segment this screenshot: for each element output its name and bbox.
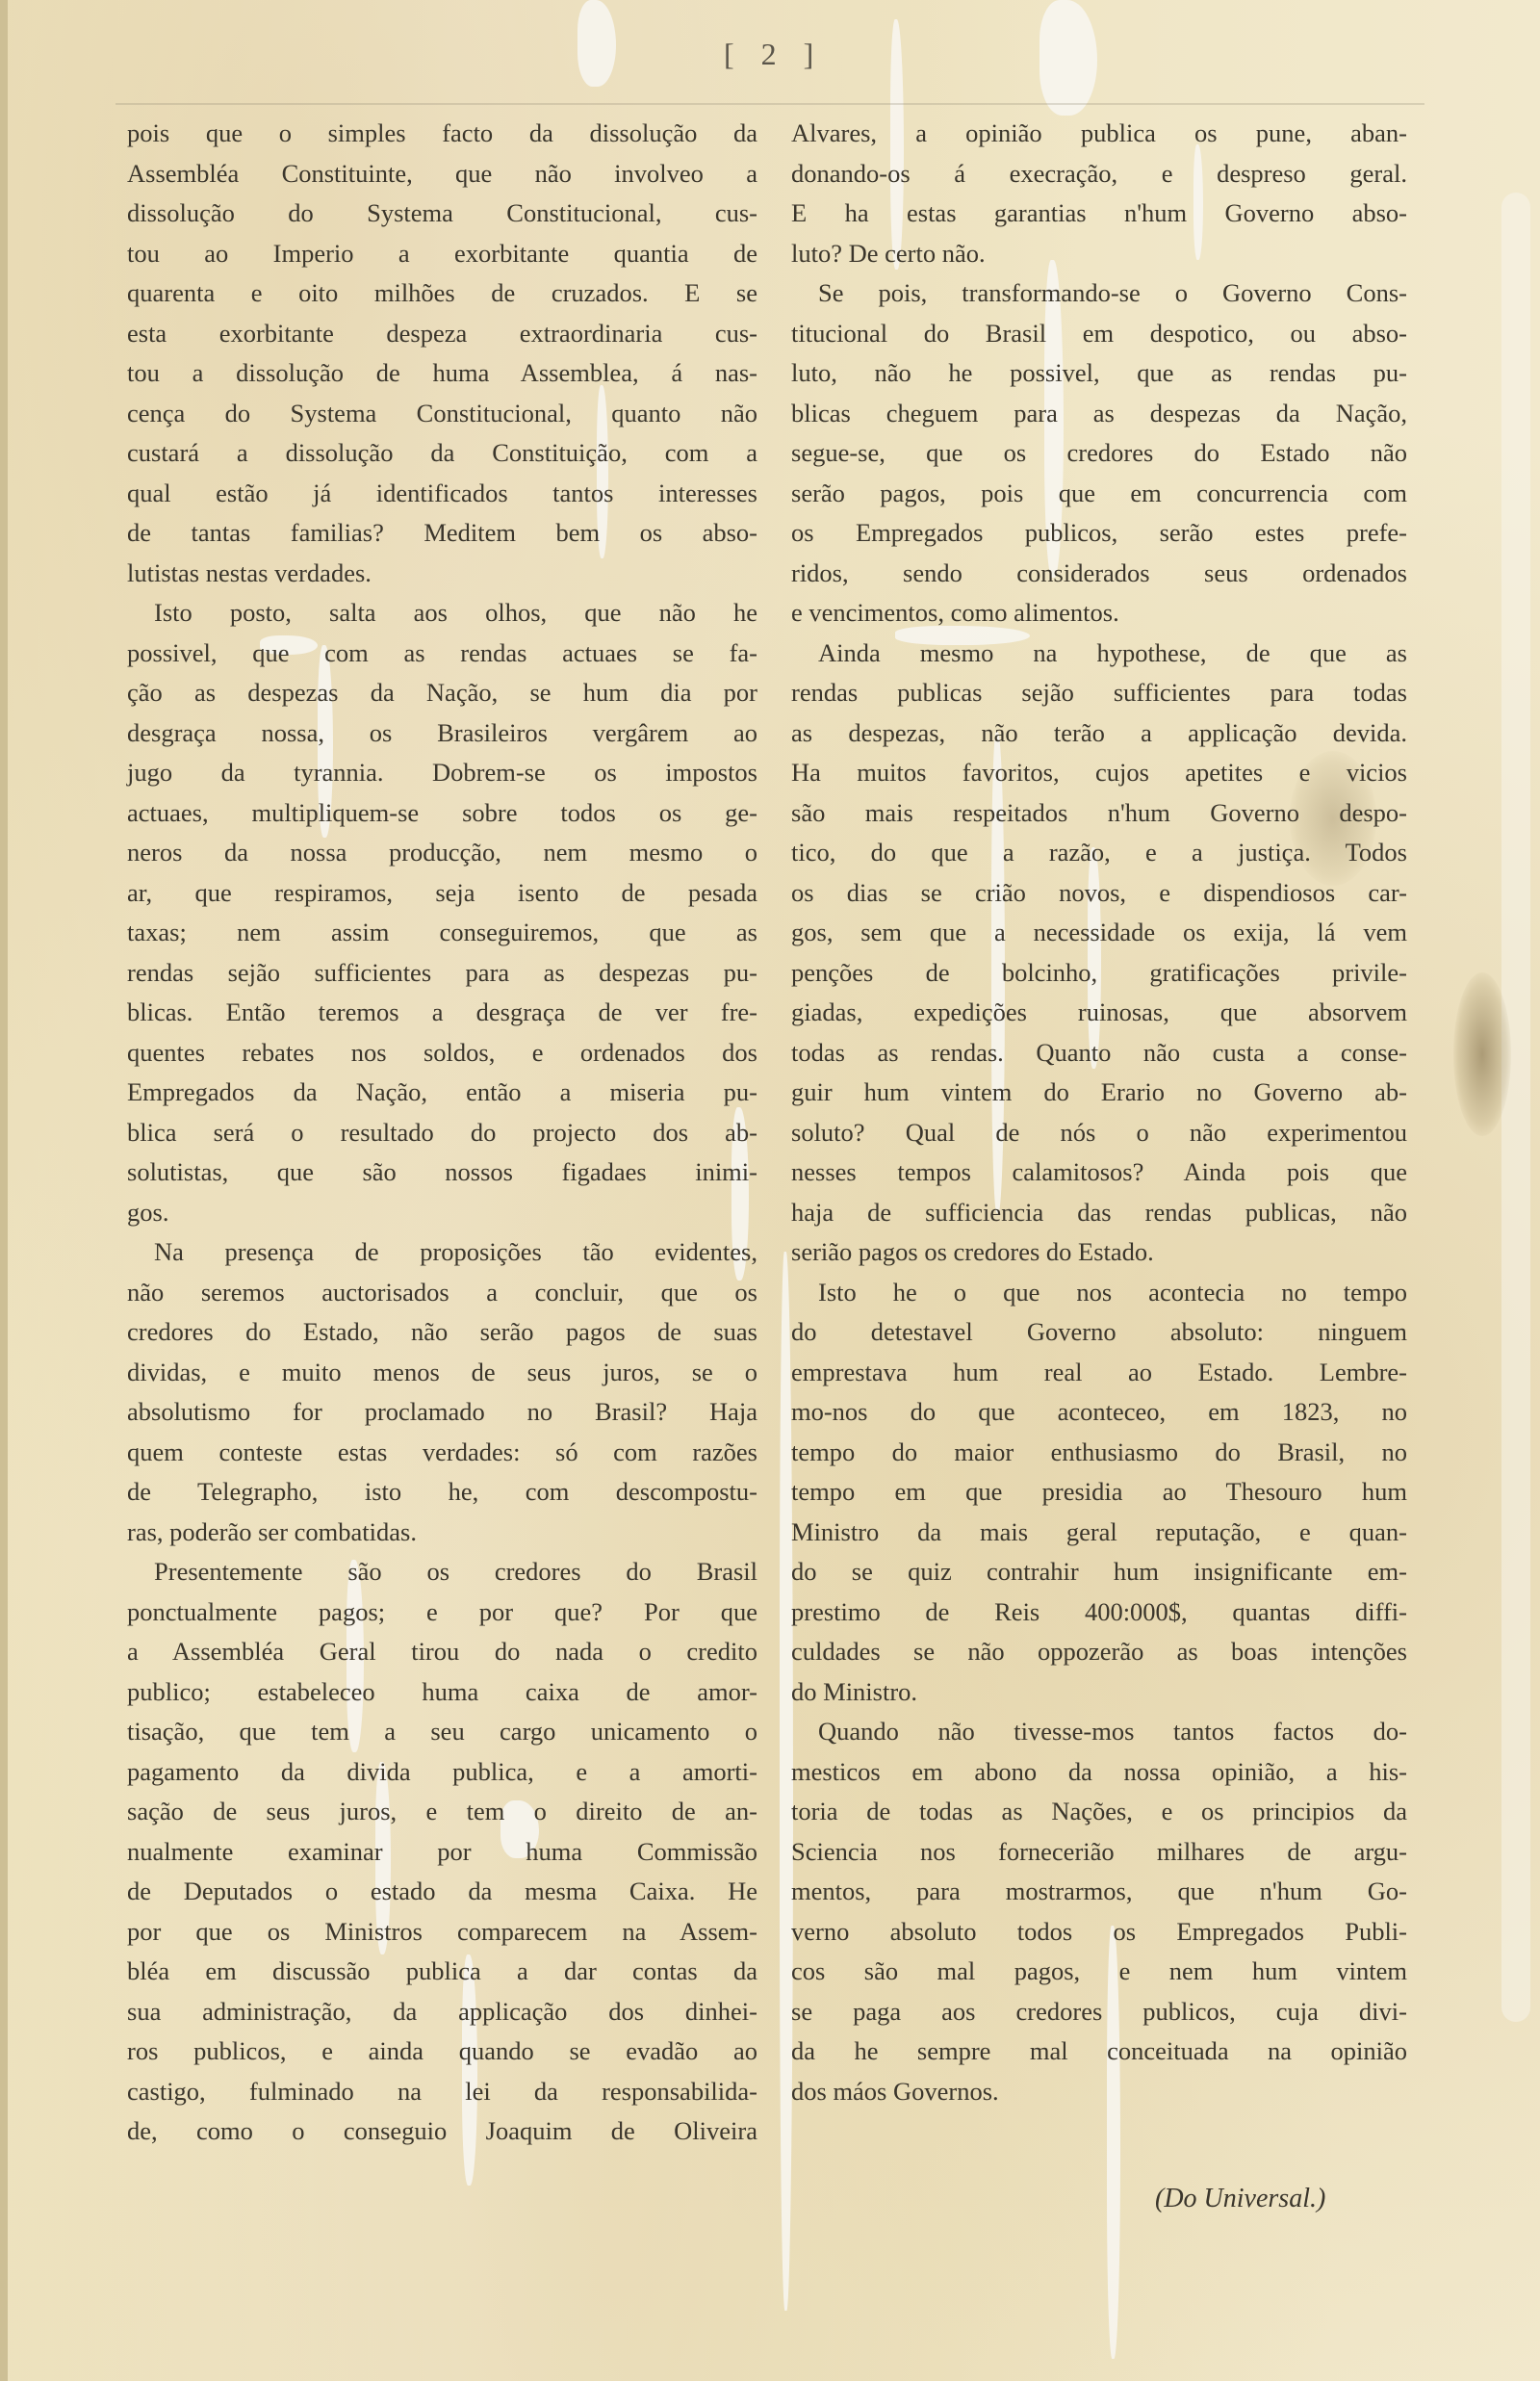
text-line: tico, do que a razão, e a justiça. Todos <box>791 833 1407 873</box>
text-line: culdades se não oppozerão as boas intenç… <box>791 1632 1407 1672</box>
text-line: possivel, que com as rendas actuaes se f… <box>127 634 757 674</box>
text-line: Isto he o que nos acontecia no tempo <box>791 1273 1407 1313</box>
text-line: E ha estas garantias n'hum Governo abso- <box>791 194 1407 234</box>
text-line: os dias se crião novos, e dispendiosos c… <box>791 873 1407 914</box>
text-line: haja de sufficiencia das rendas publicas… <box>791 1193 1407 1233</box>
text-line: absolutismo for proclamado no Brasil? Ha… <box>127 1392 757 1433</box>
text-line: ridos, sendo considerados seus ordenados <box>791 554 1407 594</box>
text-line: pois que o simples facto da dissolução d… <box>127 114 757 154</box>
text-line: guir hum vintem do Erario no Governo ab- <box>791 1073 1407 1113</box>
text-line: ras, poderão ser combatidas. <box>127 1513 757 1553</box>
paper-damage <box>577 0 616 87</box>
text-line: penções de bolcinho, gratificações privi… <box>791 953 1407 994</box>
text-line: ros publicos, e ainda quando se evadão a… <box>127 2032 757 2072</box>
text-line: Se pois, transformando-se o Governo Cons… <box>791 273 1407 314</box>
text-line: cos são mal pagos, e nem hum vintem <box>791 1952 1407 1992</box>
text-line: serião pagos os credores do Estado. <box>791 1232 1407 1273</box>
text-line: ar, que respiramos, seja isento de pesad… <box>127 873 757 914</box>
text-line: jugo da tyrannia. Dobrem-se os impostos <box>127 753 757 793</box>
text-line: todas as rendas. Quanto não custa a cons… <box>791 1033 1407 1074</box>
text-line: tempo em que presidia ao Thesouro hum <box>791 1472 1407 1513</box>
text-line: taxas; nem assim conseguiremos, que as <box>127 913 757 953</box>
text-line: Quando não tivesse-mos tantos factos do- <box>791 1712 1407 1752</box>
mold-stain <box>1453 972 1511 1136</box>
text-line: desgraça nossa, os Brasileiros vergârem … <box>127 713 757 754</box>
text-line: bléa em discussão publica a dar contas d… <box>127 1952 757 1992</box>
text-line: dos máos Governos. <box>791 2072 1407 2112</box>
text-line: por que os Ministros comparecem na Assem… <box>127 1912 757 1953</box>
text-line: cença do Systema Constitucional, quanto … <box>127 394 757 434</box>
text-line: do se quiz contrahir hum insignificante … <box>791 1552 1407 1592</box>
text-line: luto? De certo não. <box>791 234 1407 274</box>
text-line: Empregados da Nação, então a miseria pu- <box>127 1073 757 1113</box>
text-line: Alvares, a opinião publica os pune, aban… <box>791 114 1407 154</box>
text-line: de Deputados o estado da mesma Caixa. He <box>127 1872 757 1912</box>
text-line: a Assembléa Geral tirou do nada o credit… <box>127 1632 757 1672</box>
text-line: Sciencia nos fornecerião milhares de arg… <box>791 1832 1407 1873</box>
text-line: qual estão já identificados tantos inter… <box>127 474 757 514</box>
text-line: ção as despezas da Nação, se hum dia por <box>127 673 757 713</box>
text-line: quem conteste estas verdades: só com raz… <box>127 1433 757 1473</box>
text-line: quarenta e oito milhões de cruzados. E s… <box>127 273 757 314</box>
text-line: rendas publicas sejão sufficientes para … <box>791 673 1407 713</box>
page-number: [ 2 ] <box>724 37 823 72</box>
text-line: lutistas nestas verdades. <box>127 554 757 594</box>
text-line: nualmente examinar por huma Commissão <box>127 1832 757 1873</box>
text-line: publico; estabeleceo huma caixa de amor- <box>127 1672 757 1713</box>
text-line: Isto posto, salta aos olhos, que não he <box>127 593 757 634</box>
right-text-column: Alvares, a opinião publica os pune, aban… <box>791 114 1407 2111</box>
paper-damage <box>1501 193 1530 2022</box>
text-line: blicas cheguem para as despezas da Nação… <box>791 394 1407 434</box>
text-line: gos. <box>127 1193 757 1233</box>
text-line: são mais respeitados n'hum Governo despo… <box>791 793 1407 834</box>
text-line: solutistas, que são nossos figadaes inim… <box>127 1152 757 1193</box>
text-line: do Ministro. <box>791 1672 1407 1713</box>
text-line: verno absoluto todos os Empregados Publi… <box>791 1912 1407 1953</box>
text-line: blica será o resultado do projecto dos a… <box>127 1113 757 1153</box>
text-line: os Empregados publicos, serão estes pref… <box>791 513 1407 554</box>
text-line: as despezas, não terão a applicação devi… <box>791 713 1407 754</box>
text-line: credores do Estado, não serão pagos de s… <box>127 1312 757 1353</box>
text-line: prestimo de Reis 400:000$, quantas diffi… <box>791 1592 1407 1633</box>
text-line: blicas. Então teremos a desgraça de ver … <box>127 993 757 1033</box>
text-line: de, como o conseguio Joaquim de Oliveira <box>127 2111 757 2152</box>
text-line: serão pagos, pois que em concurrencia co… <box>791 474 1407 514</box>
text-line: do detestavel Governo absoluto: ninguem <box>791 1312 1407 1353</box>
text-line: Presentemente são os credores do Brasil <box>127 1552 757 1592</box>
text-line: não seremos auctorisados a concluir, que… <box>127 1273 757 1313</box>
text-line: Assembléa Constituinte, que não involveo… <box>127 154 757 194</box>
text-line: neros da nossa producção, nem mesmo o <box>127 833 757 873</box>
text-line: sação de seus juros, e tem o direito de … <box>127 1792 757 1832</box>
text-line: quentes rebates nos soldos, e ordenados … <box>127 1033 757 1074</box>
text-line: actuaes, multipliquem-se sobre todos os … <box>127 793 757 834</box>
text-line: mentos, para mostrarmos, que n'hum Go- <box>791 1872 1407 1912</box>
text-line: titucional do Brasil em despotico, ou ab… <box>791 314 1407 354</box>
text-line: emprestava hum real ao Estado. Lembre- <box>791 1353 1407 1393</box>
source-attribution: (Do Universal.) <box>1155 2184 1325 2214</box>
left-text-column: pois que o simples facto da dissolução d… <box>127 114 757 2152</box>
text-line: da he sempre mal conceituada na opinião <box>791 2032 1407 2072</box>
header-rule <box>115 103 1424 105</box>
text-line: toria de todas as Nações, e os principio… <box>791 1792 1407 1832</box>
text-line: Ha muitos favoritos, cujos apetites e vi… <box>791 753 1407 793</box>
text-line: soluto? Qual de nós o não experimentou <box>791 1113 1407 1153</box>
text-line: tou ao Imperio a exorbitante quantia de <box>127 234 757 274</box>
text-line: donando-os á execração, e despreso geral… <box>791 154 1407 194</box>
text-line: e vencimentos, como alimentos. <box>791 593 1407 634</box>
text-line: tisação, que tem a seu cargo unicamento … <box>127 1712 757 1752</box>
text-line: tempo do maior enthusiasmo do Brasil, no <box>791 1433 1407 1473</box>
text-line: de Telegrapho, isto he, com descompostu- <box>127 1472 757 1513</box>
text-line: mesticos em abono da nossa opinião, a hi… <box>791 1752 1407 1793</box>
text-line: Ministro da mais geral reputação, e quan… <box>791 1513 1407 1553</box>
text-line: custará a dissolução da Constituição, co… <box>127 433 757 474</box>
text-line: dissolução do Systema Constitucional, cu… <box>127 194 757 234</box>
text-line: esta exorbitante despeza extraordinaria … <box>127 314 757 354</box>
text-line: sua administração, da applicação dos din… <box>127 1992 757 2032</box>
text-line: de tantas familias? Meditem bem os abso- <box>127 513 757 554</box>
text-line: castigo, fulminado na lei da responsabil… <box>127 2072 757 2112</box>
text-line: Na presença de proposições tão evidentes… <box>127 1232 757 1273</box>
text-line: gos, sem que a necessidade os exija, lá … <box>791 913 1407 953</box>
text-line: giadas, expedições ruinosas, que absorve… <box>791 993 1407 1033</box>
text-line: ponctualmente pagos; e por que? Por que <box>127 1592 757 1633</box>
paper-damage <box>1039 0 1097 116</box>
text-line: pagamento da divida publica, e a amorti- <box>127 1752 757 1793</box>
text-line: dividas, e muito menos de seus juros, se… <box>127 1353 757 1393</box>
text-line: segue-se, que os credores do Estado não <box>791 433 1407 474</box>
text-line: luto, não he possivel, que as rendas pu- <box>791 353 1407 394</box>
text-line: tou a dissolução de huma Assemblea, á na… <box>127 353 757 394</box>
text-line: mo-nos do que aconteceo, em 1823, no <box>791 1392 1407 1433</box>
text-line: nesses tempos calamitosos? Ainda pois qu… <box>791 1152 1407 1193</box>
page-edge <box>0 0 8 2381</box>
text-line: rendas sejão sufficientes para as despez… <box>127 953 757 994</box>
text-line: Ainda mesmo na hypothese, de que as <box>791 634 1407 674</box>
text-line: se paga aos credores publicos, cuja divi… <box>791 1992 1407 2032</box>
